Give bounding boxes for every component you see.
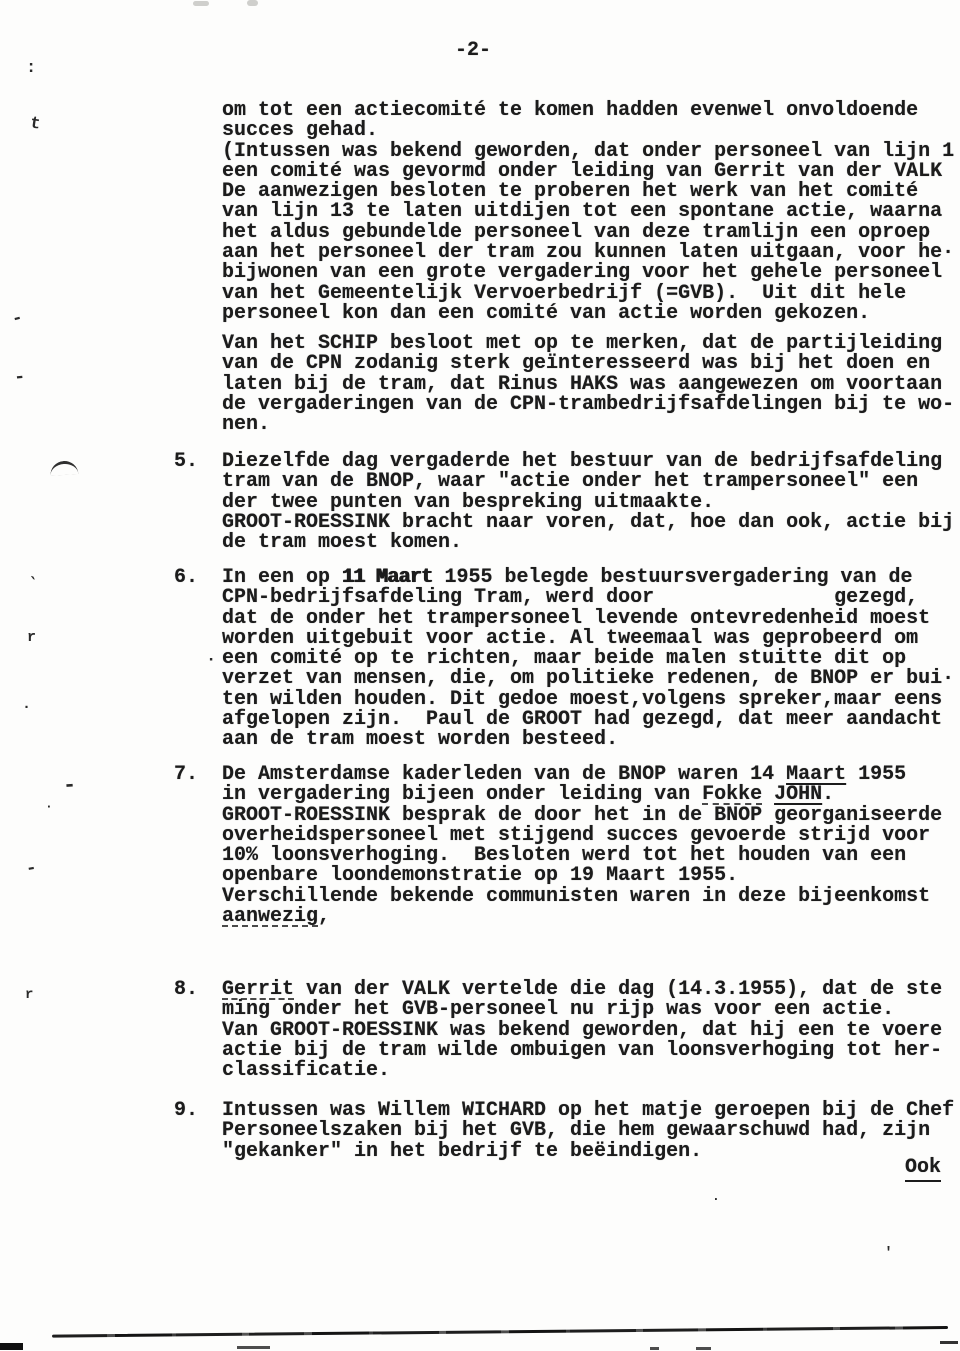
item-number: 9. bbox=[174, 1101, 222, 1121]
text-line: bijwonen van een grote vergadering voor … bbox=[222, 263, 954, 283]
text-line: in vergadering bijeen onder leiding van … bbox=[222, 785, 942, 805]
text-line: tram van de BNOP, waar "actie onder het … bbox=[222, 472, 954, 492]
text-line: ten wilden houden. Dit gedoe moest,volge… bbox=[222, 690, 954, 710]
corner-scan-mark bbox=[0, 1343, 23, 1350]
text-line: 10% loonsverhoging. Besloten werd tot he… bbox=[222, 846, 942, 866]
scan-mark: ` bbox=[22, 575, 38, 596]
scan-smudge bbox=[247, 0, 258, 6]
text-line: (Intussen was bekend geworden, dat onder… bbox=[222, 142, 954, 162]
text-line: Van GROOT-ROESSINK was bekend geworden, … bbox=[222, 1021, 942, 1041]
scan-mark: - bbox=[62, 775, 77, 798]
scan-mark: r bbox=[27, 630, 36, 645]
text-line: de vergaderingen van de CPN-trambedrijfs… bbox=[222, 395, 954, 415]
text-line: overheidspersoneel met stijgend succes g… bbox=[222, 826, 942, 846]
text-line: van het Gemeentelijk Vervoerbedrijf (=GV… bbox=[222, 284, 954, 304]
item-number: 6. bbox=[174, 568, 222, 588]
text-line: worden uitgebuit voor actie. Al tweemaal… bbox=[222, 629, 954, 649]
text-line: de tram moest komen. bbox=[222, 533, 954, 553]
text-line: Personeelszaken bij het GVB, die hem gew… bbox=[222, 1121, 954, 1141]
item-number: 5. bbox=[174, 452, 222, 472]
scan-dash bbox=[237, 1346, 270, 1349]
scan-mark: - bbox=[25, 859, 39, 879]
text-line: dat de onder het trampersoneel levende o… bbox=[222, 609, 954, 629]
text-line: Intussen was Willem WICHARD op het matje… bbox=[222, 1101, 954, 1121]
text-line: "gekanker" in het bedrijf te beëindigen. bbox=[222, 1142, 954, 1162]
text-line: aanwezig, bbox=[222, 907, 942, 927]
page-number: -2- bbox=[455, 41, 491, 61]
text-line: Verschillende bekende communisten waren … bbox=[222, 887, 942, 907]
numbered-item-6: 6. In een op 11 Maart 1955 belegde bestu… bbox=[174, 568, 954, 751]
text-line: afgelopen zijn. Paul de GROOT had gezegd… bbox=[222, 710, 954, 730]
text-line: De Amsterdamse kaderleden van de BNOP wa… bbox=[222, 765, 942, 785]
text-line: actie bij de tram wilde ombuigen van loo… bbox=[222, 1041, 942, 1061]
scan-mark: · bbox=[45, 800, 53, 813]
text-line: aan de tram moest worden besteed. bbox=[222, 730, 954, 750]
scan-mark: - bbox=[13, 367, 26, 387]
text-line: In een op 11 Maart 1955 belegde bestuurs… bbox=[222, 568, 954, 588]
scan-mark: · bbox=[22, 700, 31, 715]
text-line: openbare loondemonstratie op 19 Maart 19… bbox=[222, 866, 942, 886]
intro-paragraph: om tot een actiecomité te komen hadden e… bbox=[222, 101, 954, 324]
scan-dash bbox=[940, 1341, 958, 1344]
text-line: classificatie. bbox=[222, 1061, 942, 1081]
numbered-item-5: 5. Diezelfde dag vergaderde het bestuur … bbox=[174, 452, 954, 553]
schip-paragraph: Van het SCHIP besloot met op te merken, … bbox=[222, 334, 954, 435]
text-line: van lijn 13 te laten uitdijen tot een sp… bbox=[222, 202, 954, 222]
text-line: een comité was gevormd onder leiding van… bbox=[222, 162, 954, 182]
text-line: der twee punten van bespreking uitmaakte… bbox=[222, 493, 954, 513]
item-lines: Gerrit van der VALK vertelde die dag (14… bbox=[222, 980, 942, 1081]
scan-mark: r bbox=[25, 988, 33, 1002]
text-line: succes gehad. bbox=[222, 121, 954, 141]
text-line: personeel kon dan een comité van actie w… bbox=[222, 304, 954, 324]
scan-mark: ' bbox=[884, 1246, 893, 1261]
text-line: nen. bbox=[222, 415, 954, 435]
text-line: een comité op te richten, maar beide mal… bbox=[222, 649, 954, 669]
text-line: GROOT-ROESSINK besprak de door het in de… bbox=[222, 806, 942, 826]
item-number: 8. bbox=[174, 980, 222, 1000]
text-line: verzet van mensen, die, om politieke red… bbox=[222, 669, 954, 689]
item-lines: In een op 11 Maart 1955 belegde bestuurs… bbox=[222, 568, 954, 751]
scan-smudge bbox=[193, 1, 209, 6]
scan-mark: : bbox=[26, 60, 36, 77]
text-line: laten bij de tram, dat Rinus HAKS was aa… bbox=[222, 375, 954, 395]
item-number: 7. bbox=[174, 765, 222, 785]
text-line: GROOT-ROESSINK bracht naar voren, dat, h… bbox=[222, 513, 954, 533]
scan-artifact-curve bbox=[50, 460, 79, 476]
item-lines: De Amsterdamse kaderleden van de BNOP wa… bbox=[222, 765, 942, 927]
document-page: -2- om tot een actiecomité te komen hadd… bbox=[0, 0, 960, 1351]
text-line: ming onder het GVB-personeel nu rijp was… bbox=[222, 1000, 942, 1020]
numbered-item-9: 9. Intussen was Willem WICHARD op het ma… bbox=[174, 1101, 954, 1162]
scan-dash bbox=[650, 1347, 659, 1350]
text-line: CPN-bedrijfsafdeling Tram, werd door gez… bbox=[222, 588, 954, 608]
numbered-item-7: 7. De Amsterdamse kaderleden van de BNOP… bbox=[174, 765, 942, 927]
text-line: het aldus gebundelde personeel van deze … bbox=[222, 223, 954, 243]
text-line: aan het personeel der tram zou kunnen la… bbox=[222, 243, 954, 263]
scan-mark: - bbox=[10, 309, 25, 329]
item-lines: Diezelfde dag vergaderde het bestuur van… bbox=[222, 452, 954, 553]
text-line: Gerrit van der VALK vertelde die dag (14… bbox=[222, 980, 942, 1000]
catchword-ook: Ook bbox=[905, 1158, 941, 1182]
text-line: De aanwezigen besloten te proberen het w… bbox=[222, 182, 954, 202]
numbered-item-8: 8. Gerrit van der VALK vertelde die dag … bbox=[174, 980, 942, 1081]
text-line: van de CPN zodanig sterk geïnteresseerd … bbox=[222, 354, 954, 374]
scan-dash bbox=[696, 1347, 711, 1350]
scan-mark: . bbox=[712, 1190, 720, 1203]
text-line: Van het SCHIP besloot met op te merken, … bbox=[222, 334, 954, 354]
text-line: Diezelfde dag vergaderde het bestuur van… bbox=[222, 452, 954, 472]
text-line: om tot een actiecomité te komen hadden e… bbox=[222, 101, 954, 121]
scan-mark: t bbox=[29, 115, 41, 133]
bottom-scan-line bbox=[52, 1326, 948, 1338]
item-lines: Intussen was Willem WICHARD op het matje… bbox=[222, 1101, 954, 1162]
